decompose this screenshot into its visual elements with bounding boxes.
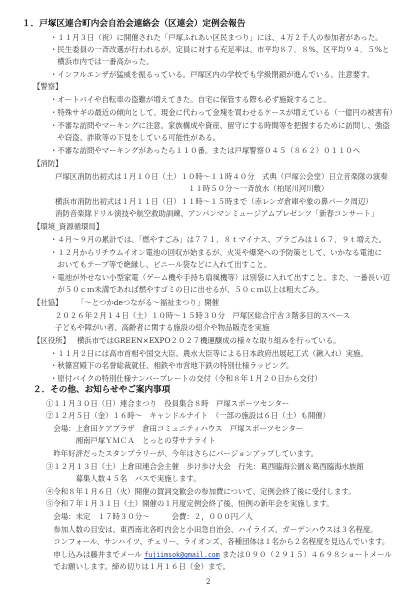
notice-line: コンフォール、サンハイツ、チェリー、ライオンズ、各種団体は１名から２名程度を見込… xyxy=(46,537,389,546)
environment-line: ・電池が外せない小型家電（ゲーム機や手持ち扇風機等）は別袋に入れて出すこと。また… xyxy=(50,273,390,282)
environment-line: ・４月～９月の累計では、「燃やすごみ」は７７１．８ｔマイナス、プラごみは１６７．… xyxy=(50,235,386,244)
welfare-line: ２０２６年２月１４日（土）１０時～１５時３０分 戸塚区総合庁舎３階多目的スペース xyxy=(55,311,350,320)
notice-line: 湘南戸塚ＹＭＣＡ とっとの芽サテライト xyxy=(46,436,216,445)
closing-line: でお願いします。締め切りは１月１６日（金）まで。 xyxy=(46,562,230,571)
notice-line: 会場：未定 １７時３０分～ 会費：２，０００円／人 xyxy=(46,512,253,521)
fire-line: 消防音楽隊ドリル演技や航空救助訓練、アンパンマンミュージアムプレゼンツ「新春コン… xyxy=(55,209,378,218)
police-line: ・不審な訪問やマーキングがあったら１１０番。または戸塚警察０４５（８６２）０１１… xyxy=(50,146,360,155)
welfare-line: 子どもや障がい者、高齢者に関する施設の紹介や物品販売を実施 xyxy=(55,323,269,332)
notice-line: 参加人数の目安は、東西南北各町内会と小田急自治会、ハイライズ、ガーデンハウスは３… xyxy=(46,525,378,534)
ward-office-title: 横浜市ではGREEN×EXPO２０２７機運醸成の様々な取り組みを行っている。 xyxy=(77,336,341,345)
fire-line: １１時５０分～一斉放水（柏尾川河川敷） xyxy=(188,184,328,193)
environment-line: おいてもテープ等で絶縁し、ビニール袋などに入れて出すこと。 xyxy=(50,260,271,269)
notice-line: ③１２月１３日（土）上倉田連合会主催 歩け歩け大会 行先：葛西臨海公園＆葛西臨海… xyxy=(46,462,364,471)
police-label: 【警察】 xyxy=(33,82,63,91)
ward-office-line: ・秋篠宮殿下の名誉総裁就任、相鉄や市営地下鉄の特別仕様ラッピング。 xyxy=(50,361,293,370)
bullet: 横浜市内では一番高かった。 xyxy=(50,57,153,66)
police-line: ・オートバイや自転車の盗難が増えてきた。自宅に保管する際も必ず施錠すること。 xyxy=(50,95,331,104)
notice-line: 会場：上倉田ケアプラザ 倉田コミュニティハウス 戸塚スポーツセンター xyxy=(46,424,303,433)
notice-line: 昨年好評だったスタンプラリーが、今年はさらにバージョンアップしています。 xyxy=(46,449,318,458)
bullet: ・インフルエンザが猛威を振るっている。戸塚区内の学校でも学級閉鎖が進んでいる。注… xyxy=(50,70,374,79)
section1-heading: １．戸塚区連合町内会自治会連絡会（区連会）定例会報告 xyxy=(22,20,245,29)
environment-label: 【環境_資源循環局】 xyxy=(33,222,103,231)
notice-line: ④令和８年１月６日（火）開催の賀詞交歓会の参加費について、定例会終了後に受付しま… xyxy=(46,487,356,496)
document-page: １．戸塚区連合町内会自治会連絡会（区連会）定例会報告 ・１１月３日（祝）に開催さ… xyxy=(0,0,420,594)
section2-heading: ２．その他、お知らせやご案内事項 xyxy=(33,386,170,395)
contact-suffix: または０９０（２９１５）４６９８ショートメール xyxy=(222,550,392,559)
notice-line: ①１１月３０日（日）連合まつり 役員集合８時 戸塚スポーツセンター xyxy=(46,399,289,408)
welfare-label: 【社協】 xyxy=(33,298,63,307)
welfare-title: 「～とつかdeつながる～福祉まつり」開催 xyxy=(77,298,219,307)
notice-line: ②１２月５日（金）１６時～ キャンドルナイト （一部の施設は６日（土）も開催） xyxy=(46,411,330,420)
police-line: ・不審な訪問やマーキングに注意。家族構成や資産、留守にする時間等を把握するために… xyxy=(50,121,390,130)
notice-line: 募集人数４５名 バスで実施します。 xyxy=(46,474,201,483)
bullet: ・１１月３日（祝）に開催された「戸塚ふれあい区民まつり」には、４万２千人の参加者… xyxy=(50,33,383,42)
ward-office-line: ・原付バイクの特別仕様ナンバープレートの交付（令和８年１月２０日から交付） xyxy=(50,374,322,383)
fire-label: 【消防】 xyxy=(33,159,63,168)
police-line: や窃盗、詐欺等の下見をしている可能性がある。 xyxy=(50,133,220,142)
police-line: ・特殊サギの最近の傾向として、現金に代わって金塊を買わせるケースが増えている（一… xyxy=(50,108,397,117)
email-link[interactable]: fujiimsok@gmail.com xyxy=(144,551,219,559)
contact-line: 申し込みは藤井までメール fujiimsok@gmail.com または０９０（… xyxy=(46,550,392,560)
fire-line: 戸塚区消防出初式は１月１０日（土）１０時～１１時４０分 式典（戸塚公会堂）日立音… xyxy=(55,172,388,181)
contact-prefix: 申し込みは藤井までメール xyxy=(46,550,142,559)
notice-line: ⑤令和７年１月３１日（土）開催の１月度定例会終了後、恒例の新年会を実施します。 xyxy=(46,499,334,508)
ward-office-line: ・１１月２日には高市首相や国交大臣、農水大臣等による日本政府出展起工式（鍬入れ）… xyxy=(50,349,368,358)
ward-office-label: 【区役所】 xyxy=(33,336,70,345)
environment-line: ・１２月からリチウムイオン電池の回収が始まるが、火災や爆発への予防策として、いか… xyxy=(50,248,382,257)
bullet: ・民生委員の一斉改選が行われるが、定員に対する充足率は、市平均８７．８%、区平均… xyxy=(50,45,389,54)
fire-line: 横浜市消防出初式は１月１１日（日）１１時～１５時まで（赤レンガ倉庫や象の鼻パーク… xyxy=(55,197,373,206)
environment-line: が５０ｃｍ未満であれば燃やすゴミの日に出せるが、５０ｃｍ以上は粗大ごみ。 xyxy=(50,285,324,294)
page-number: 2 xyxy=(206,578,210,586)
